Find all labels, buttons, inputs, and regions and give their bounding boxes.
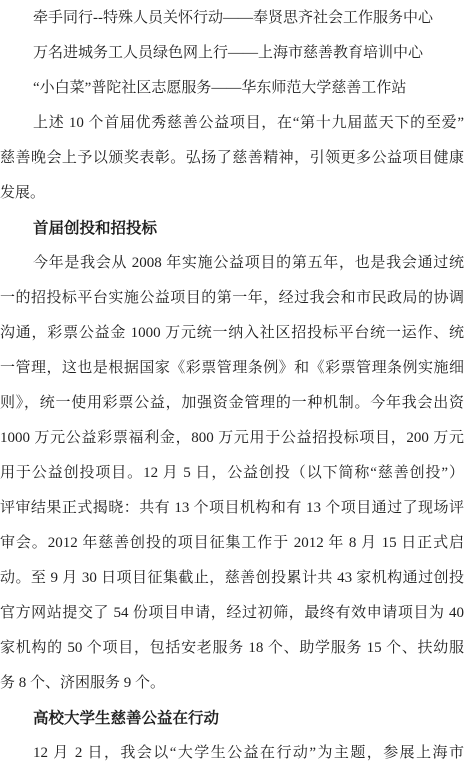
paragraph-line: 12 月 2 日，我会以“大学生公益在行动”为主题，参展上海市 bbox=[0, 736, 464, 768]
paragraph-line: 上述 10 个首届优秀慈善公益项目，在“第十九届蓝天下的至爱” bbox=[0, 106, 464, 141]
paragraph-line: 今年是我会从 2008 年实施公益项目的第五年，也是我会通过统 bbox=[0, 246, 464, 281]
project-list-item: 牵手同行--特殊人员关怀行动——奉贤思齐社会工作服务中心 bbox=[0, 1, 464, 36]
project-list-item: 万名进城务工人员绿色网上行——上海市慈善教育培训中心 bbox=[0, 36, 464, 71]
paragraph-line: 慈善晚会上予以颁奖表彰。弘扬了慈善精神，引领更多公益项目健康 bbox=[0, 141, 464, 176]
project-list-item: “小白菜”普陀社区志愿服务——华东师范大学慈善工作站 bbox=[0, 71, 464, 106]
paragraph-line: 一的招投标平台实施公益项目的第一年，经过我会和市民政局的协调 bbox=[0, 281, 464, 316]
paragraph-line: 则》，统一使用彩票公益，加强资金管理的一种机制。今年我会出资 bbox=[0, 386, 464, 421]
paragraph-line: 沟通，彩票公益金 1000 万元统一纳入社区招投标平台统一运作、统 bbox=[0, 316, 464, 351]
paragraph-line: 1000 万元公益彩票福利金，800 万元用于公益招投标项目，200 万元 bbox=[0, 421, 464, 456]
section-heading: 首届创投和招投标 bbox=[0, 211, 464, 246]
paragraph-line: 一管理，这也是根据国家《彩票管理条例》和《彩票管理条例实施细 bbox=[0, 351, 464, 386]
paragraph-line: 发展。 bbox=[0, 176, 464, 211]
paragraph-line: 审会。2012 年慈善创投的项目征集工作于 2012 年 8 月 15 日正式启 bbox=[0, 526, 464, 561]
paragraph-line: 家机构的 50 个项目，包括安老服务 18 个、助学服务 15 个、扶幼服 bbox=[0, 631, 464, 666]
paragraph-line: 官方网站提交了 54 份项目申请，经过初筛，最终有效申请项目为 40 bbox=[0, 596, 464, 631]
section-heading: 高校大学生慈善公益在行动 bbox=[0, 701, 464, 736]
paragraph-line: 评审结果正式揭晓：共有 13 个项目机构和有 13 个项目通过了现场评 bbox=[0, 491, 464, 526]
document-page: 牵手同行--特殊人员关怀行动——奉贤思齐社会工作服务中心 万名进城务工人员绿色网… bbox=[0, 0, 464, 768]
paragraph-line: 用于公益创投项目。12 月 5 日，公益创投（以下简称“慈善创投”） bbox=[0, 456, 464, 491]
paragraph-line: 动。至 9 月 30 日项目征集截止，慈善创投累计共 43 家机构通过创投 bbox=[0, 561, 464, 596]
paragraph-line: 务 8 个、济困服务 9 个。 bbox=[0, 666, 464, 701]
